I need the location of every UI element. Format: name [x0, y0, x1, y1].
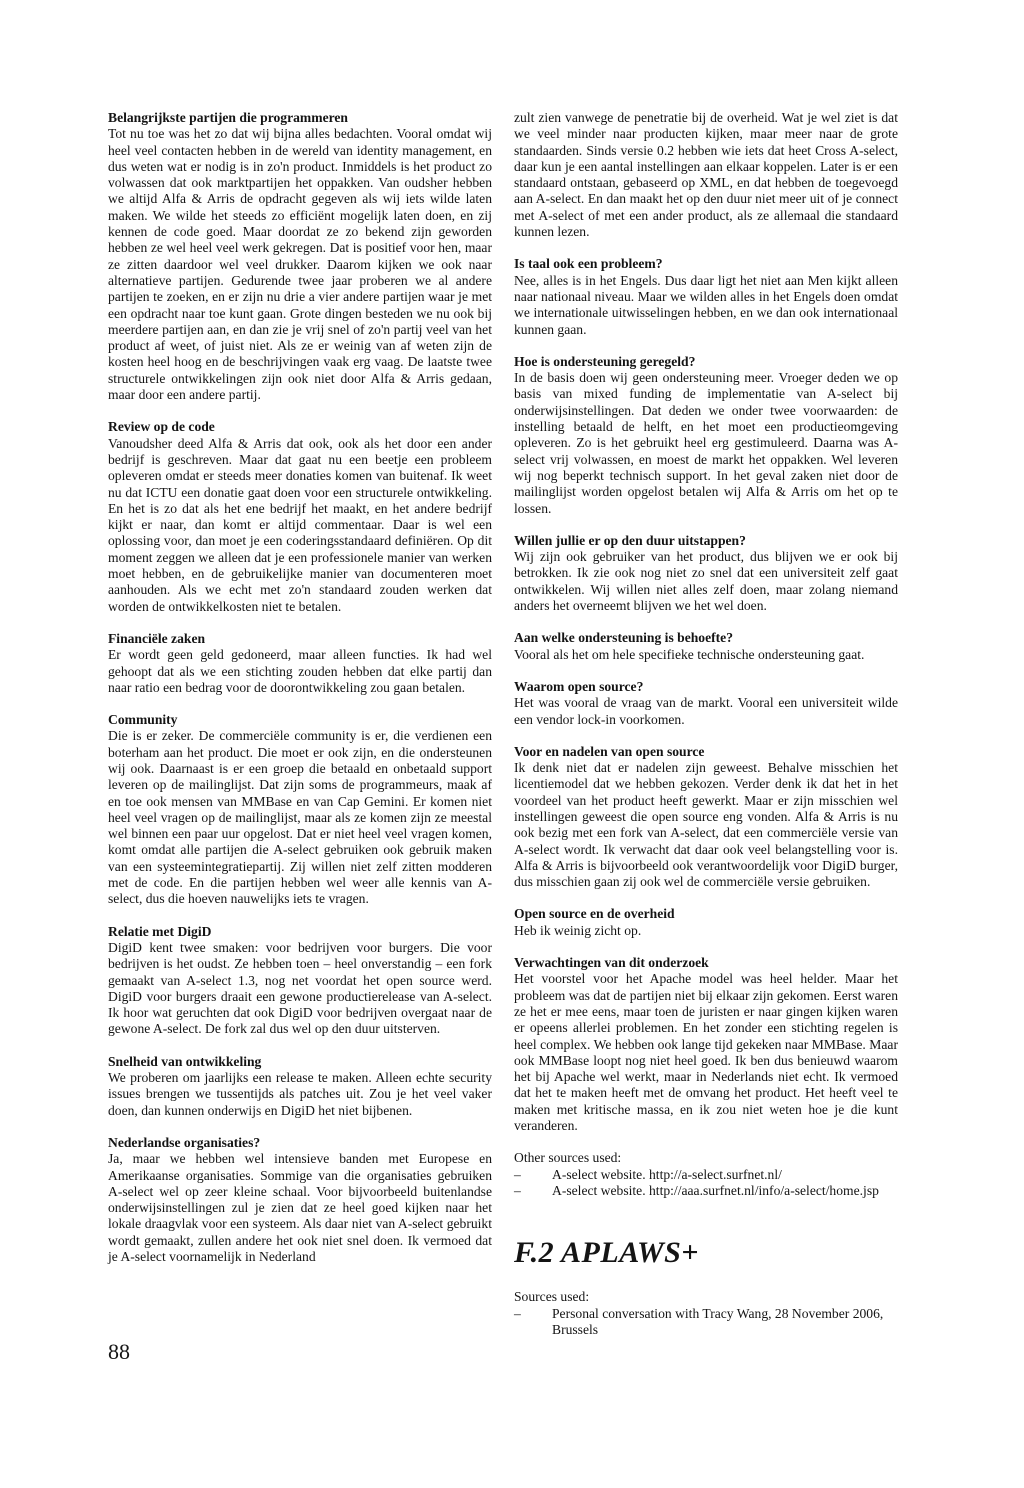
source-item: – A-select website. http://a-select.surf…	[514, 1167, 898, 1183]
section-voor-en-nadelen-open-source: Voor en nadelen van open source Ik denk …	[514, 744, 898, 891]
section-waarom-open-source: Waarom open source? Het was vooral de vr…	[514, 679, 898, 728]
source-item: – A-select website. http://aaa.surfnet.n…	[514, 1183, 898, 1199]
section-heading: Verwachtingen van dit onderzoek	[514, 955, 898, 971]
section-body: Vanoudsher deed Alfa & Arris dat ook, oo…	[108, 436, 492, 615]
section-heading: Waarom open source?	[514, 679, 898, 695]
section-body: Er wordt geen geld gedoneerd, maar allee…	[108, 647, 492, 696]
dash-marker: –	[514, 1167, 552, 1183]
sources-list: Sources used: – Personal conversation wi…	[514, 1289, 898, 1338]
section-relatie-met-digid: Relatie met DigiD DigiD kent twee smaken…	[108, 924, 492, 1038]
section-heading: Hoe is ondersteuning geregeld?	[514, 354, 898, 370]
section-body: In de basis doen wij geen ondersteuning …	[514, 370, 898, 517]
section-body: We proberen om jaarlijks een release te …	[108, 1070, 492, 1119]
section-heading: Snelheid van ontwikkeling	[108, 1054, 492, 1070]
source-text: A-select website. http://aaa.surfnet.nl/…	[552, 1183, 898, 1199]
source-text: Personal conversation with Tracy Wang, 2…	[552, 1306, 898, 1339]
section-heading: Is taal ook een probleem?	[514, 256, 898, 272]
section-heading: Financiële zaken	[108, 631, 492, 647]
section-willen-jullie-uitstappen: Willen jullie er op den duur uitstappen?…	[514, 533, 898, 614]
dash-marker: –	[514, 1183, 552, 1199]
section-hoe-is-ondersteuning-geregeld: Hoe is ondersteuning geregeld? In de bas…	[514, 354, 898, 517]
section-is-taal-ook-een-probleem: Is taal ook een probleem? Nee, alles is …	[514, 256, 898, 337]
section-heading: Belangrijkste partijen die programmeren	[108, 110, 492, 126]
left-column: Belangrijkste partijen die programmeren …	[108, 110, 492, 1281]
section-body: Nee, alles is in het Engels. Dus daar li…	[514, 273, 898, 338]
section-heading: Voor en nadelen van open source	[514, 744, 898, 760]
section-nederlandse-organisaties: Nederlandse organisaties? Ja, maar we he…	[108, 1135, 492, 1265]
section-heading: Relatie met DigiD	[108, 924, 492, 940]
section-body: Die is er zeker. De commerciële communit…	[108, 728, 492, 907]
section-body: Ja, maar we hebben wel intensieve banden…	[108, 1151, 492, 1265]
section-body: Ik denk niet dat er nadelen zijn geweest…	[514, 760, 898, 890]
section-heading: Community	[108, 712, 492, 728]
section-heading: Nederlandse organisaties?	[108, 1135, 492, 1151]
section-body: Het voorstel voor het Apache model was h…	[514, 971, 898, 1134]
page-number: 88	[108, 1340, 130, 1364]
source-item: – Personal conversation with Tracy Wang,…	[514, 1306, 898, 1339]
section-heading: Willen jullie er op den duur uitstappen?	[514, 533, 898, 549]
section-review-op-de-code: Review op de code Vanoudsher deed Alfa &…	[108, 419, 492, 615]
section-belangrijkste-partijen: Belangrijkste partijen die programmeren …	[108, 110, 492, 403]
section-financiele-zaken: Financiële zaken Er wordt geen geld gedo…	[108, 631, 492, 696]
lead-paragraph: zult zien vanwege de penetratie bij de o…	[514, 110, 898, 240]
section-heading: Open source en de overheid	[514, 906, 898, 922]
section-body: Vooral als het om hele specifieke techni…	[514, 647, 898, 663]
section-community: Community Die is er zeker. De commerciël…	[108, 712, 492, 908]
section-body: DigiD kent twee smaken: voor bedrijven v…	[108, 940, 492, 1038]
section-verwachtingen-onderzoek: Verwachtingen van dit onderzoek Het voor…	[514, 955, 898, 1134]
section-heading: Review op de code	[108, 419, 492, 435]
sources-label: Sources used:	[514, 1289, 898, 1305]
source-text: A-select website. http://a-select.surfne…	[552, 1167, 898, 1183]
right-column: zult zien vanwege de penetratie bij de o…	[514, 110, 898, 1354]
other-sources-label: Other sources used:	[514, 1150, 898, 1166]
section-heading: Aan welke ondersteuning is behoefte?	[514, 630, 898, 646]
section-open-source-en-de-overheid: Open source en de overheid Heb ik weinig…	[514, 906, 898, 939]
section-aan-welke-ondersteuning: Aan welke ondersteuning is behoefte? Voo…	[514, 630, 898, 663]
section-body: Wij zijn ook gebruiker van het product, …	[514, 549, 898, 614]
section-body: Het was vooral de vraag van de markt. Vo…	[514, 695, 898, 728]
other-sources-list: Other sources used: – A-select website. …	[514, 1150, 898, 1199]
dash-marker: –	[514, 1306, 552, 1322]
section-body: Heb ik weinig zicht op.	[514, 923, 898, 939]
section-snelheid-van-ontwikkeling: Snelheid van ontwikkeling We proberen om…	[108, 1054, 492, 1119]
section-body: Tot nu toe was het zo dat wij bijna alle…	[108, 126, 492, 403]
aplaws-section-heading: F.2 APLAWS+	[514, 1237, 898, 1269]
